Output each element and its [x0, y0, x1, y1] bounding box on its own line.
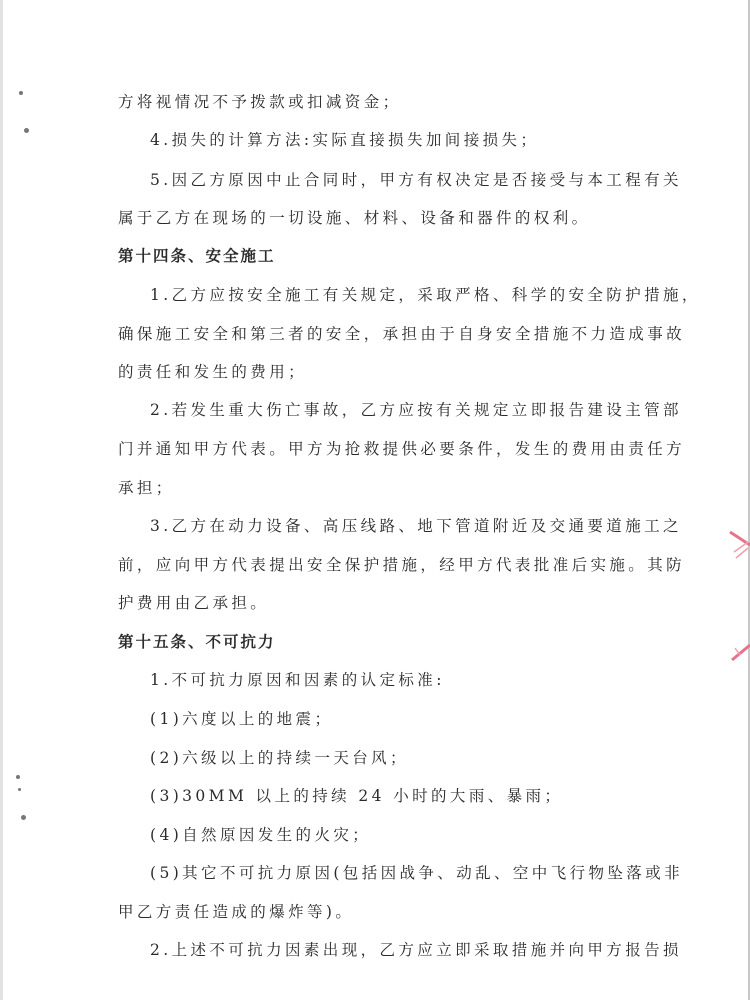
seal-stamp-fragment: [720, 520, 750, 670]
text-line: 甲乙方责任造成的爆炸等)。: [118, 902, 354, 922]
section-heading: 第十四条、安全施工: [118, 246, 276, 266]
binding-hole-mark: [18, 788, 21, 791]
text-line: 2.上述不可抗力因素出现，乙方应立即采取措施并向甲方报告损: [150, 940, 682, 960]
text-line: (3)30MM 以上的持续 24 小时的大雨、暴雨；: [150, 786, 563, 806]
text-line: 前，应向甲方代表提出安全保护措施，经甲方代表批准后实施。其防: [118, 555, 685, 575]
binding-hole-mark: [24, 128, 29, 133]
page-left-edge: [0, 0, 3, 1000]
binding-hole-mark: [21, 815, 26, 820]
binding-hole-mark: [16, 775, 20, 779]
text-line: 5.因乙方原因中止合同时，甲方有权决定是否接受与本工程有关: [150, 170, 682, 190]
text-line: 承担；: [118, 478, 175, 498]
section-heading: 第十五条、不可抗力: [118, 632, 276, 652]
scanned-document-page: 方将视情况不予拨款或扣减资金； 4.损失的计算方法:实际直接损失加间接损失； 5…: [0, 0, 750, 1000]
text-line: 3.乙方在动力设备、高压线路、地下管道附近及交通要道施工之: [150, 516, 682, 536]
text-line: 门并通知甲方代表。甲方为抢救提供必要条件，发生的费用由责任方: [118, 439, 685, 459]
text-line: (4)自然原因发生的火灾；: [150, 825, 371, 845]
text-line: 方将视情况不予拨款或扣减资金；: [118, 92, 402, 112]
text-line: 属于乙方在现场的一切设施、材料、设备和器件的权利。: [118, 208, 591, 228]
text-line: (5)其它不可抗力原因(包括因战争、动乱、空中飞行物坠落或非: [150, 863, 683, 883]
binding-hole-mark: [19, 91, 23, 95]
text-line: 2.若发生重大伤亡事故，乙方应按有关规定立即报告建设主管部: [150, 400, 682, 420]
text-line: (2)六级以上的持续一天台风；: [150, 748, 409, 768]
text-line: (1)六度以上的地震；: [150, 709, 333, 729]
text-line: 1.不可抗力原因和因素的认定标准:: [150, 670, 445, 690]
text-line: 1.乙方应按安全施工有关规定，采取严格、科学的安全防护措施，: [150, 285, 701, 305]
text-line: 护费用由乙承担。: [118, 593, 269, 613]
text-line: 确保施工安全和第三者的安全，承担由于自身安全措施不力造成事故: [118, 324, 685, 344]
text-line: 4.损失的计算方法:实际直接损失加间接损失；: [150, 130, 539, 150]
text-line: 的责任和发生的费用；: [118, 362, 307, 382]
